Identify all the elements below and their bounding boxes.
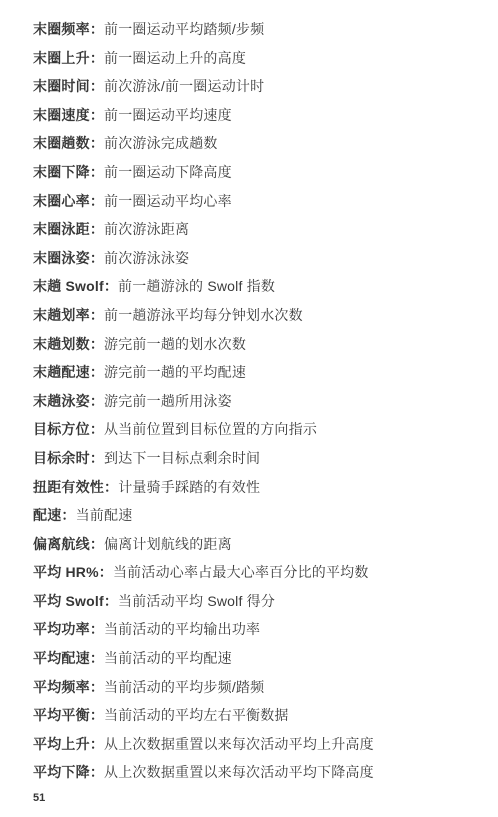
definition: 前次游泳距离 [104,221,189,237]
term-separator: ： [90,364,104,380]
definition-entry: 末趟划数：游完前一趟的划水次数 [33,330,478,359]
term: 末趟配速 [33,364,90,380]
term-separator: ： [90,164,104,180]
definition: 当前活动的平均左右平衡数据 [104,707,289,723]
term-separator: ： [90,107,104,123]
definition: 前一趟游泳的 Swolf 指数 [118,278,275,294]
definition: 游完前一趟所用泳姿 [104,393,232,409]
definition: 前次游泳完成趟数 [104,135,218,151]
term: 末圈心率 [33,193,90,209]
definition-entry: 平均下降：从上次数据重置以来每次活动平均下降高度 [33,758,478,787]
definition-entry: 末圈心率：前一圈运动平均心率 [33,187,478,216]
definition-entry: 目标余时：到达下一目标点剩余时间 [33,444,478,473]
term-separator: ： [61,507,75,523]
definition: 前一圈运动平均踏频/步频 [104,21,264,37]
term-separator: ： [90,135,104,151]
definition-entry: 末圈频率：前一圈运动平均踏频/步频 [33,15,478,44]
definition: 前一圈运动下降高度 [104,164,232,180]
page-footer: 51 [33,788,478,806]
term-separator: ： [90,450,104,466]
term: 目标余时 [33,450,90,466]
term: 扭距有效性 [33,479,104,495]
definition: 当前活动的平均输出功率 [104,621,260,637]
term: 末圈趟数 [33,135,90,151]
definition-entry: 平均配速：当前活动的平均配速 [33,644,478,673]
definition: 前一圈运动平均速度 [104,107,232,123]
term: 平均频率 [33,679,90,695]
definition: 从当前位置到目标位置的方向指示 [104,421,317,437]
definition-entry: 平均频率：当前活动的平均步频/踏频 [33,673,478,702]
definition: 当前活动心率占最大心率百分比的平均数 [113,564,369,580]
definition-entry: 末圈时间：前次游泳/前一圈运动计时 [33,72,478,101]
term: 末圈速度 [33,107,90,123]
term: 偏离航线 [33,536,90,552]
definition-entry: 平均平衡：当前活动的平均左右平衡数据 [33,701,478,730]
term: 末圈频率 [33,21,90,37]
term-separator: ： [90,50,104,66]
term: 平均功率 [33,621,90,637]
term: 末圈下降 [33,164,90,180]
term-separator: ： [90,621,104,637]
definition-entry: 平均上升：从上次数据重置以来每次活动平均上升高度 [33,730,478,759]
definitions-list: 末圈频率：前一圈运动平均踏频/步频末圈上升：前一圈运动上升的高度末圈时间：前次游… [33,15,478,787]
term: 平均上升 [33,736,90,752]
term: 配速 [33,507,61,523]
definition-entry: 平均功率：当前活动的平均输出功率 [33,615,478,644]
definition-entry: 末圈泳姿：前次游泳泳姿 [33,244,478,273]
term: 末圈泳距 [33,221,90,237]
definition-entry: 末趟泳姿：游完前一趟所用泳姿 [33,387,478,416]
definition: 前次游泳泳姿 [104,250,189,266]
definition-entry: 末圈趟数：前次游泳完成趟数 [33,129,478,158]
definition-entry: 末圈泳距：前次游泳距离 [33,215,478,244]
definition-entry: 末圈速度：前一圈运动平均速度 [33,101,478,130]
definition: 当前配速 [76,507,133,523]
definition-entry: 偏离航线：偏离计划航线的距离 [33,530,478,559]
term-separator: ： [90,336,104,352]
definition-entry: 末趟配速：游完前一趟的平均配速 [33,358,478,387]
definition: 计量骑手踩踏的有效性 [118,479,260,495]
term-separator: ： [90,707,104,723]
term-separator: ： [90,78,104,94]
definition-entry: 目标方位：从当前位置到目标位置的方向指示 [33,415,478,444]
term-separator: ： [90,307,104,323]
definition: 前次游泳/前一圈运动计时 [104,78,264,94]
term-separator: ： [90,650,104,666]
definition: 前一趟游泳平均每分钟划水次数 [104,307,303,323]
term: 末趟划率 [33,307,90,323]
term-separator: ： [104,593,118,609]
definition: 当前活动的平均配速 [104,650,232,666]
term-separator: ： [90,764,104,780]
term: 平均平衡 [33,707,90,723]
term-separator: ： [90,536,104,552]
manual-page: 末圈频率：前一圈运动平均踏频/步频末圈上升：前一圈运动上升的高度末圈时间：前次游… [0,0,498,817]
definition-entry: 平均 HR%：当前活动心率占最大心率百分比的平均数 [33,558,478,587]
term: 末趟泳姿 [33,393,90,409]
term: 末趟 Swolf [33,278,104,294]
definition: 当前活动平均 Swolf 得分 [118,593,275,609]
term: 末圈泳姿 [33,250,90,266]
definition-entry: 扭距有效性：计量骑手踩踏的有效性 [33,473,478,502]
page-number: 51 [33,792,45,804]
term-separator: ： [90,421,104,437]
term-separator: ： [90,221,104,237]
term: 平均配速 [33,650,90,666]
definition: 从上次数据重置以来每次活动平均上升高度 [104,736,374,752]
term-separator: ： [90,679,104,695]
term: 末圈上升 [33,50,90,66]
term-separator: ： [104,278,118,294]
term-separator: ： [90,193,104,209]
term: 平均 Swolf [33,593,104,609]
definition: 到达下一目标点剩余时间 [104,450,260,466]
term-separator: ： [90,250,104,266]
term: 平均 HR% [33,564,99,580]
term: 目标方位 [33,421,90,437]
definition: 前一圈运动上升的高度 [104,50,246,66]
definition-entry: 末趟 Swolf：前一趟游泳的 Swolf 指数 [33,272,478,301]
definition: 当前活动的平均步频/踏频 [104,679,264,695]
definition: 前一圈运动平均心率 [104,193,232,209]
term: 末圈时间 [33,78,90,94]
term-separator: ： [90,393,104,409]
definition-entry: 末圈上升：前一圈运动上升的高度 [33,44,478,73]
term-separator: ： [90,21,104,37]
definition-entry: 末圈下降：前一圈运动下降高度 [33,158,478,187]
definition: 偏离计划航线的距离 [104,536,232,552]
definition-entry: 末趟划率：前一趟游泳平均每分钟划水次数 [33,301,478,330]
definition-entry: 平均 Swolf：当前活动平均 Swolf 得分 [33,587,478,616]
definition: 从上次数据重置以来每次活动平均下降高度 [104,764,374,780]
definition: 游完前一趟的平均配速 [104,364,246,380]
term: 平均下降 [33,764,90,780]
term-separator: ： [90,736,104,752]
term-separator: ： [104,479,118,495]
definition-entry: 配速：当前配速 [33,501,478,530]
definition: 游完前一趟的划水次数 [104,336,246,352]
term-separator: ： [99,564,113,580]
term: 末趟划数 [33,336,90,352]
